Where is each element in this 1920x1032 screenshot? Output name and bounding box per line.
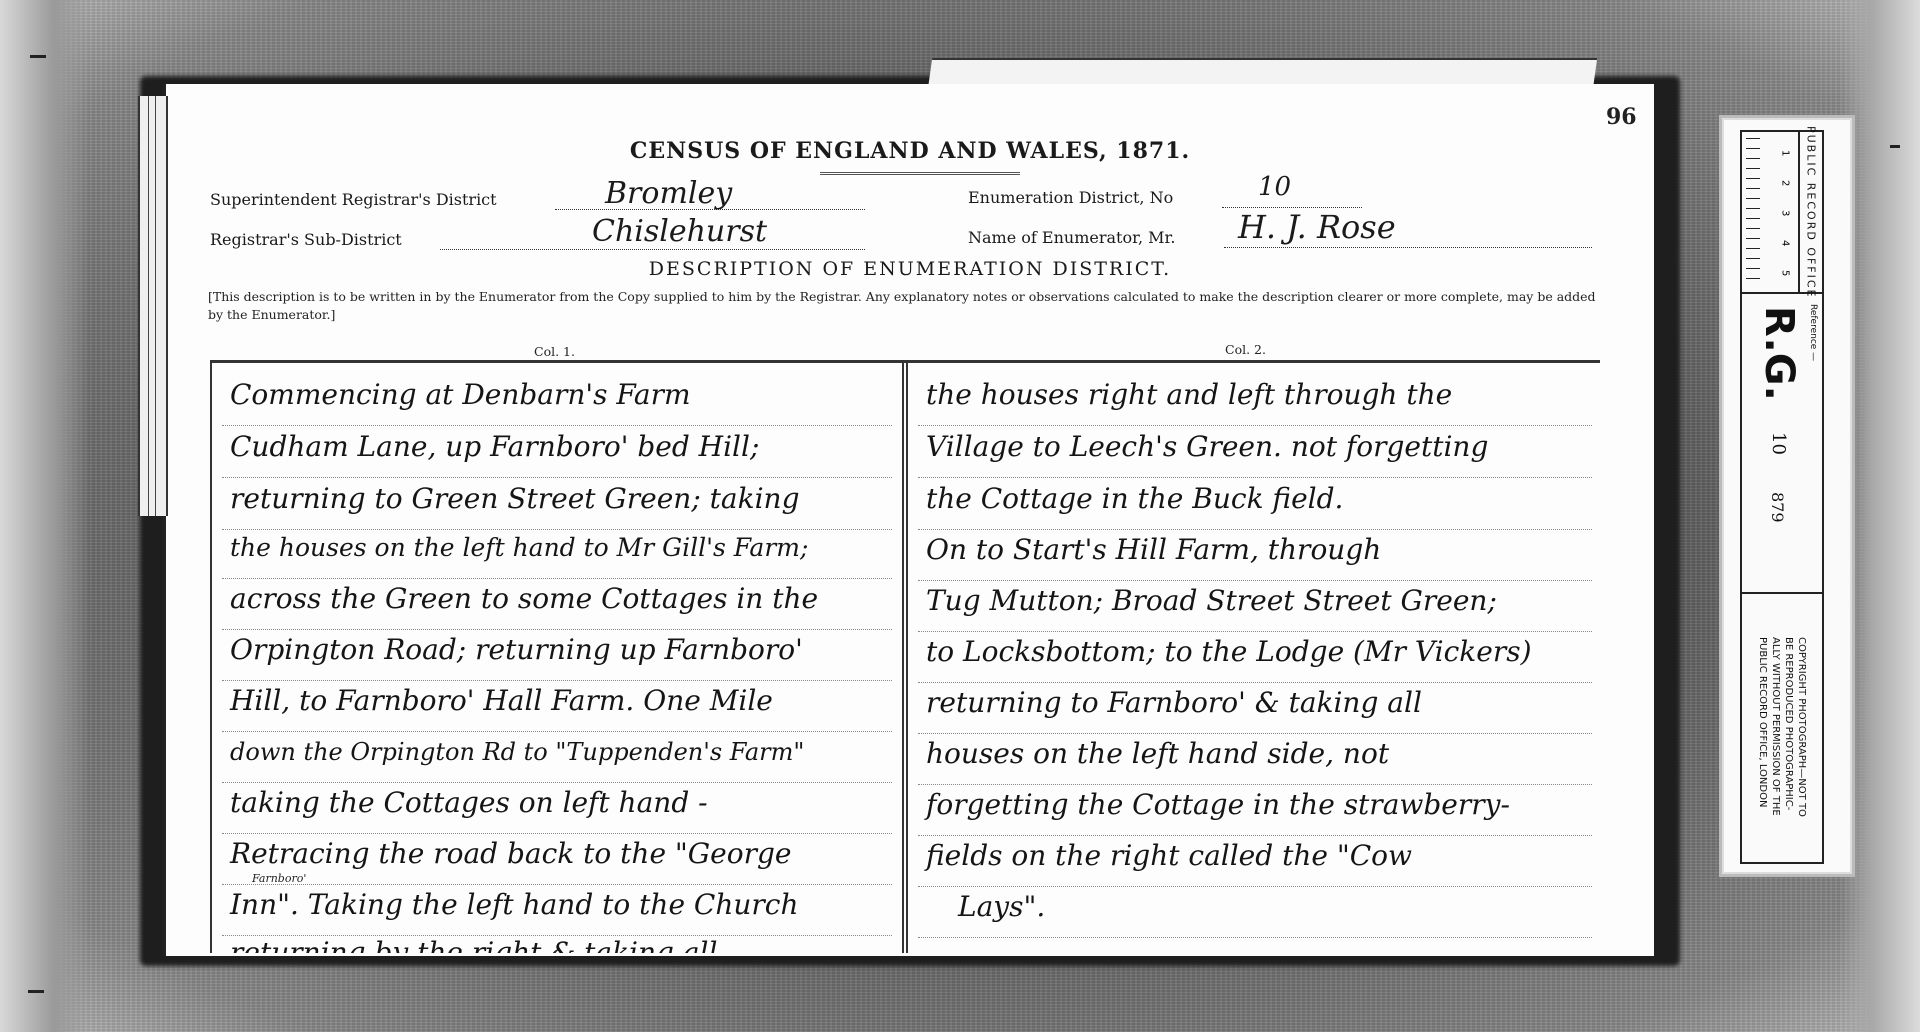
census-title: CENSUS OF ENGLAND AND WALES, 1871.: [560, 138, 1260, 164]
col-2-line: to Locksbottom; to the Lodge (Mr Vickers…: [918, 630, 1592, 683]
col-2-line: forgetting the Cottage in the strawberry…: [918, 783, 1592, 836]
col-2-line: Lays".: [918, 885, 1592, 938]
scan-mark: [1890, 145, 1900, 148]
copyright-notice: COPYRIGHT PHOTOGRAPH—NOT TO BE REPRODUCE…: [1742, 592, 1822, 862]
ruler-frame: 1 2 3 4 5 PUBLIC RECORD OFFICE Reference…: [1740, 130, 1824, 864]
superintendent-district-label: Superintendent Registrar's District: [210, 190, 497, 209]
superintendent-district-value: Bromley: [605, 176, 732, 211]
ruler-scale: 1 2 3 4 5 PUBLIC RECORD OFFICE: [1742, 132, 1822, 294]
col-1-line: Cudham Lane, up Farnboro' bed Hill;: [222, 425, 892, 478]
reference-label: Reference —: [1808, 304, 1818, 361]
col-1-line: Commencing at Denbarn's Farm: [222, 373, 892, 426]
column-2: the houses right and left through the Vi…: [906, 363, 1602, 953]
page-number: 96: [1606, 104, 1637, 130]
scan-mark: [30, 55, 46, 58]
ruler-number: 4: [1780, 240, 1791, 246]
col-1-line: Retracing the road back to the "George: [222, 832, 892, 885]
col-2-line: Village to Leech's Green. not forgetting: [918, 425, 1592, 478]
col-2-line: houses on the left hand side, not: [918, 732, 1592, 785]
ruler-number: 5: [1780, 270, 1791, 276]
col-2-line: Tug Mutton; Broad Street Street Green;: [918, 579, 1592, 632]
copyright-line: ALLY WITHOUT PERMISSION OF THE: [1770, 637, 1781, 817]
ruler-number: 2: [1780, 180, 1791, 186]
copyright-line: PUBLIC RECORD OFFICE, LONDON: [1757, 637, 1768, 817]
enumerator-name-line: [1224, 246, 1592, 248]
scan-mark: [28, 990, 44, 993]
col-2-label: Col. 2.: [1225, 342, 1266, 357]
column-1: Commencing at Denbarn's Farm Cudham Lane…: [210, 363, 904, 953]
instructions-text: [This description is to be written in by…: [208, 288, 1598, 324]
reference-ruler-strip: 1 2 3 4 5 PUBLIC RECORD OFFICE Reference…: [1722, 118, 1852, 874]
office-label-box: PUBLIC RECORD OFFICE: [1798, 132, 1822, 292]
ruler-number: 1: [1780, 150, 1791, 156]
col-1-line: Hill, to Farnboro' Hall Farm. One Mile: [222, 679, 892, 732]
col-2-line: the Cottage in the Buck field.: [918, 477, 1592, 530]
col-1-line: the houses on the left hand to Mr Gill's…: [222, 526, 892, 579]
sub-district-value: Chislehurst: [592, 214, 767, 249]
col-1-line: returning to Green Street Green; taking: [222, 477, 892, 530]
ruler-numbers: 1 2 3 4 5: [1772, 138, 1798, 288]
enumerator-name-label: Name of Enumerator, Mr.: [968, 228, 1176, 247]
col-1-line: Orpington Road; returning up Farnboro': [222, 628, 892, 681]
reference-series: R.G.: [1756, 306, 1802, 401]
col-2-line: returning to Farnboro' & taking all: [918, 681, 1592, 734]
title-rule: [820, 172, 1020, 175]
col-1-line: down the Orpington Rd to "Tuppenden's Fa…: [222, 730, 892, 783]
col-1-label: Col. 1.: [534, 344, 575, 359]
scan-edge-left: [0, 0, 90, 1032]
col-1-line: across the Green to some Cottages in the: [222, 577, 892, 630]
sub-district-label: Registrar's Sub-District: [210, 230, 402, 249]
col-1-line: returning by the right & taking all: [222, 931, 892, 953]
office-label: PUBLIC RECORD OFFICE: [1805, 126, 1818, 299]
col-2-line: the houses right and left through the: [918, 373, 1592, 426]
col-1-line: Inn". Taking the left hand to the Church: [222, 883, 892, 936]
copyright-line: COPYRIGHT PHOTOGRAPH—NOT TO: [1796, 637, 1807, 817]
col-2-line: fields on the right called the "Cow: [918, 834, 1592, 887]
reference-piece: 10: [1768, 432, 1789, 455]
ruler-number: 3: [1780, 210, 1791, 216]
enumeration-district-value: 10: [1258, 172, 1291, 202]
description-table: Commencing at Denbarn's Farm Cudham Lane…: [210, 360, 1600, 954]
enumerator-name-value: H. J. Rose: [1238, 208, 1396, 246]
col-1-line: taking the Cottages on left hand -: [222, 781, 892, 834]
copyright-line: BE REPRODUCED PHOTOGRAPHIC-: [1783, 637, 1794, 817]
enumeration-district-label: Enumeration District, No: [968, 188, 1173, 207]
reference-block: Reference — R.G. 10 879: [1742, 292, 1822, 594]
page-binding: [138, 96, 168, 516]
col-2-line: On to Start's Hill Farm, through: [918, 528, 1592, 581]
scan-edge-right: [1840, 0, 1920, 1032]
reference-folio: 879: [1768, 492, 1787, 523]
description-title: DESCRIPTION OF ENUMERATION DISTRICT.: [600, 258, 1220, 280]
